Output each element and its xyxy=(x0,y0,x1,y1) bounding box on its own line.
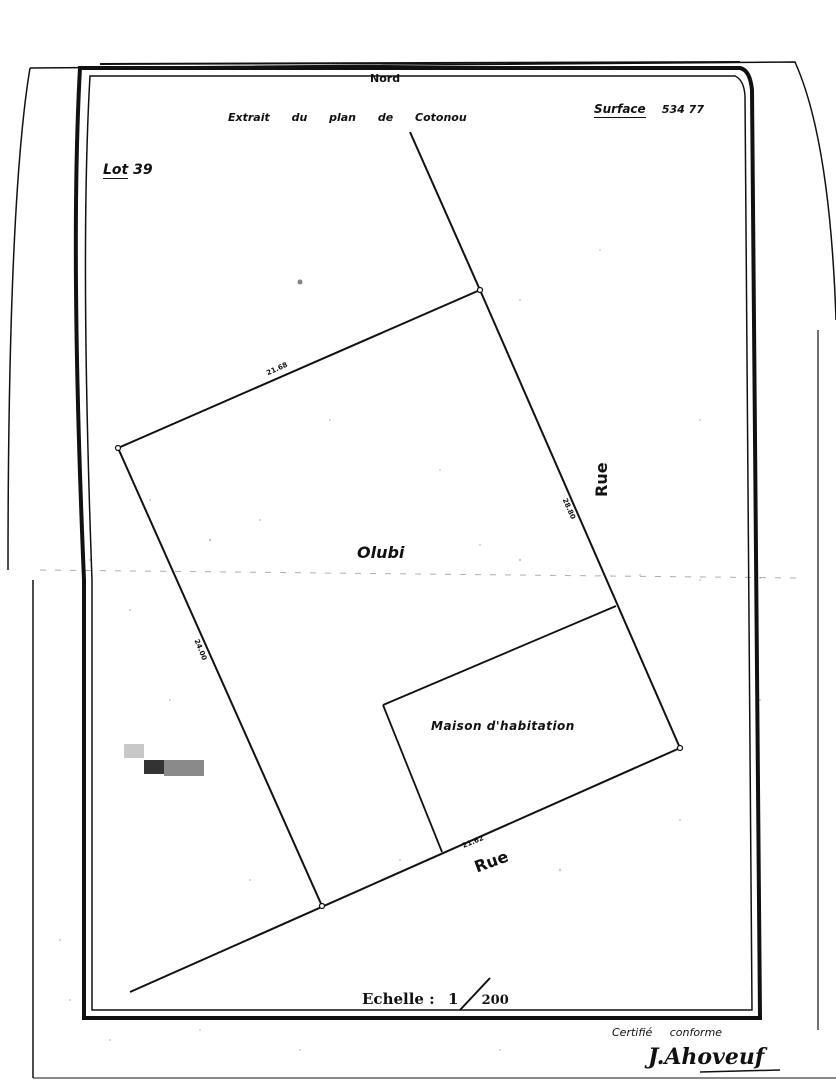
surface-value: 534 77 xyxy=(662,103,704,116)
redaction-block xyxy=(124,744,144,758)
redaction-block xyxy=(164,760,204,776)
header-faint-text: ... xyxy=(330,58,343,66)
signature: J.Ahoveuf xyxy=(648,1044,764,1070)
scale-denominator: 200 xyxy=(482,993,509,1008)
scale-numerator: 1 xyxy=(448,990,458,1008)
building-label: Maison d'habitation xyxy=(431,719,575,733)
scanned-plot-plan: ... Nord Extrait du plan de Cotonou Surf… xyxy=(0,0,836,1080)
street-label-right: Rue xyxy=(592,462,611,497)
scan-noise xyxy=(59,249,761,1051)
north-label: Nord xyxy=(370,72,400,85)
scale-field: Echelle : 1 200 xyxy=(362,990,509,1008)
surface-field: Surface 534 77 xyxy=(594,102,704,116)
document-title: Extrait du plan de Cotonou xyxy=(228,111,467,124)
surface-label: Surface xyxy=(594,102,646,118)
certification-text: Certifié conforme xyxy=(612,1026,722,1039)
lot-field: Lot 39 xyxy=(103,162,153,178)
owner-label: Olubi xyxy=(357,543,404,562)
parcel-boundary xyxy=(118,132,680,992)
corner-markers xyxy=(116,288,683,909)
redaction-block xyxy=(144,760,164,774)
lot-number: 39 xyxy=(133,162,152,178)
lot-label: Lot xyxy=(103,162,128,179)
scale-label: Echelle : xyxy=(362,990,435,1008)
